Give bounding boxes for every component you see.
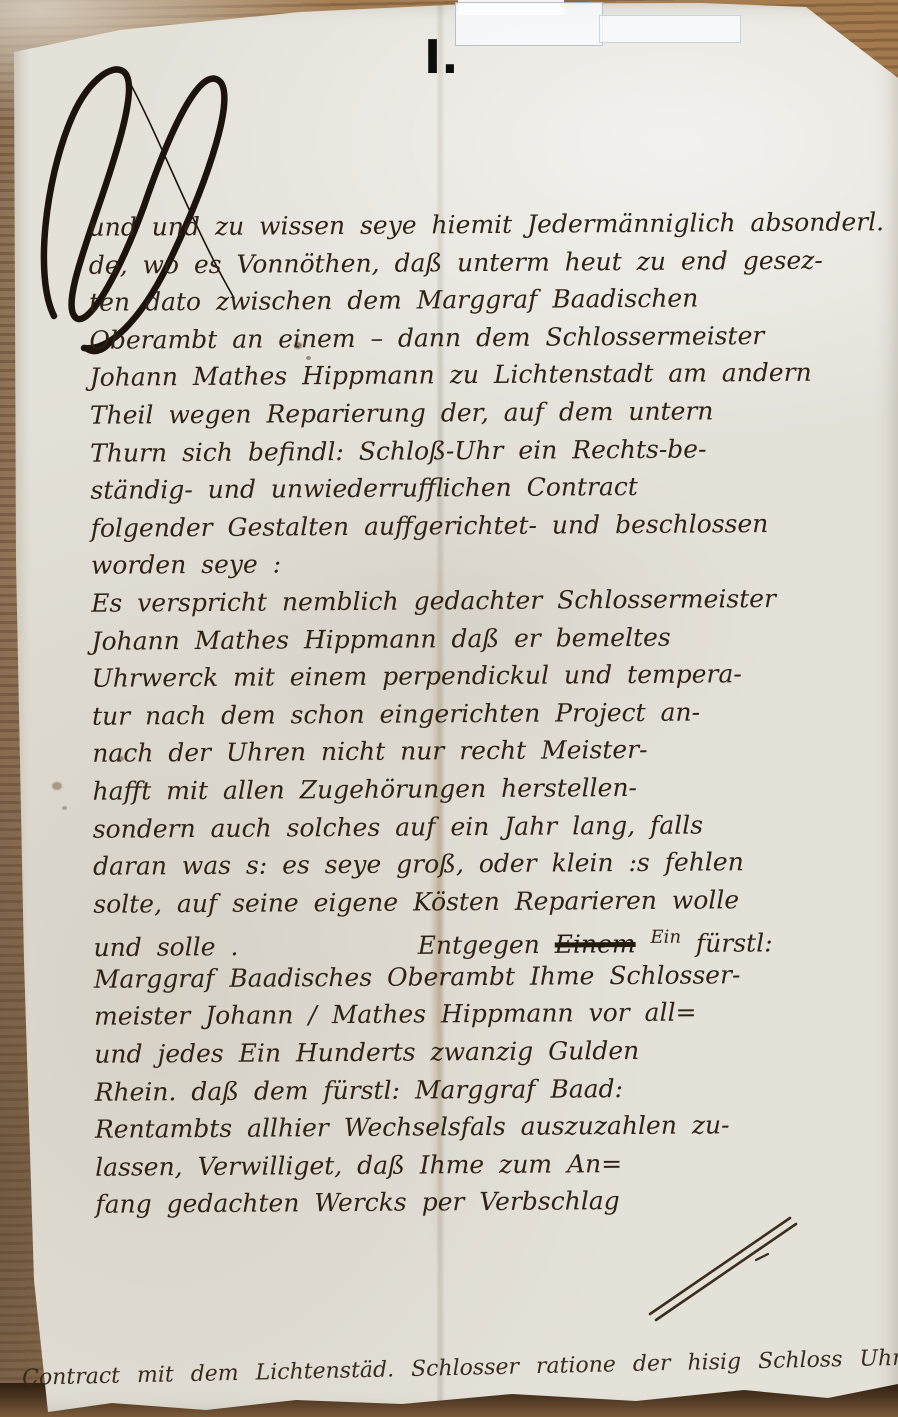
manuscript-line: worden seye : [91,542,883,585]
manuscript-line: Johann Mathes Hippmann zu Lichtenstadt a… [90,354,882,397]
manuscript-line: daran was s: es seye groß, oder klein :s… [93,842,885,885]
manuscript-line: nach der Uhren nicht nur recht Meister- [92,730,884,773]
manuscript-line: und jedes Ein Hunderts zwanzig Gulden [94,1030,886,1073]
white-overlay-patch [599,15,741,43]
manuscript-line: hafft mit allen Zugehörungen herstellen- [92,767,884,810]
manuscript-line: Johann Mathes Hippmann daß er bemeltes [91,617,883,660]
manuscript-line: und und zu wissen seye hiemit Jedermänni… [88,203,880,246]
manuscript-line: Es verspricht nemblich gedachter Schloss… [91,579,883,622]
manuscript-line: Uhrwerck mit einem perpendickul und temp… [92,654,884,697]
manuscript-line: Rhein. daß dem fürstl: Marggraf Baad: [95,1068,887,1111]
manuscript-line: Theil wegen Reparierung der, auf dem unt… [90,391,882,434]
manuscript-line: de, wo es Vonnöthen, daß unterm heut zu … [89,241,881,284]
manuscript-line: Rentambts allhier Wechselsfals auszuzahl… [95,1105,887,1148]
manuscript-line: meister Johann / Mathes Hippmann vor all… [94,993,886,1036]
manuscript-line: ständig- und unwiederrufflichen Contract [90,466,882,509]
white-overlay-patch [455,2,603,46]
manuscript-line: folgender Gestalten auffgerichtet- und b… [91,504,883,547]
manuscript-line: lassen, Verwilliget, daß Ihme zum An= [95,1143,887,1186]
diagonal-flourish-icon [638,1202,818,1332]
manuscript-line: Marggraf Baadisches Oberambt Ihme Schlos… [94,955,886,998]
manuscript-line: Oberambt an einem – dann dem Schlosserme… [89,316,881,359]
manuscript-line: tur nach dem schon eingerichten Project … [92,692,884,735]
manuscript-line: solte, auf seine eigene Kösten Repariere… [93,880,885,923]
manuscript-line: sondern auch solches auf ein Jahr lang, … [93,805,885,848]
photographed-document: und und zu wissen seye hiemit Jedermänni… [0,0,898,1417]
manuscript-lines: und und zu wissen seye hiemit Jedermänni… [88,203,887,1224]
manuscript-line: Thurn sich befindl: Schloß-Uhr ein Recht… [90,429,882,472]
page-number-label: I. [424,30,459,84]
manuscript-line: und solle . Entgegen Einem Ein fürstl: [93,918,885,961]
manuscript-line: ten dato zwischen dem Marggraf Baadische… [89,278,881,321]
